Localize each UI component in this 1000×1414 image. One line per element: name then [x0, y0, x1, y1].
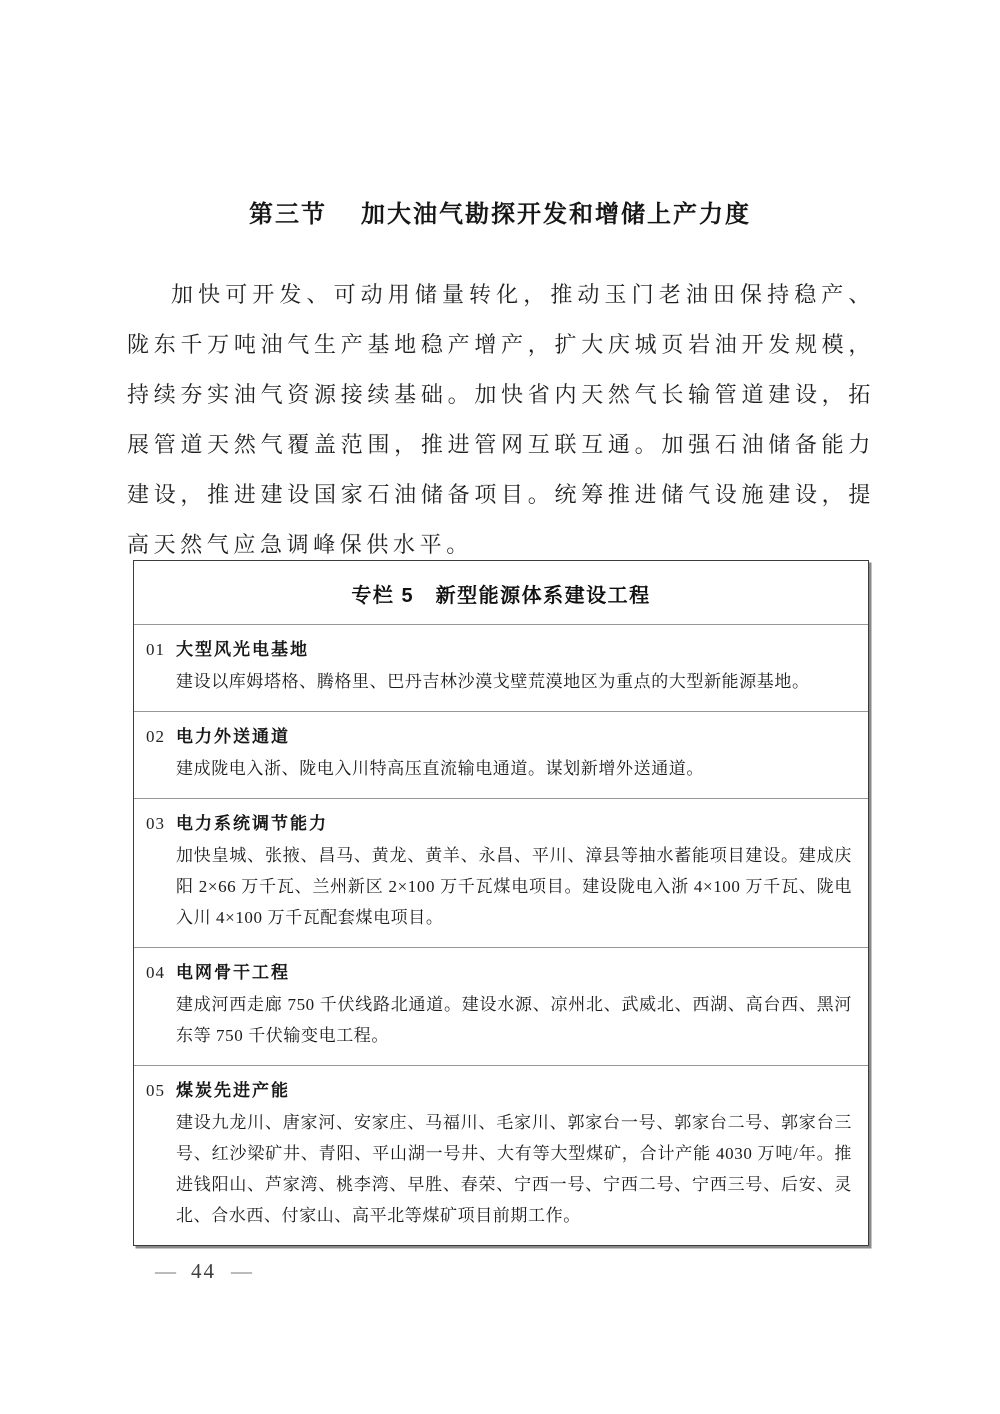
item-title: 电力系统调节能力 — [176, 811, 328, 837]
page-footer: — 44 — — [155, 1256, 252, 1286]
item-head: 04 电网骨干工程 — [146, 960, 852, 986]
item-head: 03 电力系统调节能力 — [146, 811, 852, 837]
item-number: 03 — [146, 811, 176, 837]
item-body: 建设以库姆塔格、腾格里、巴丹吉林沙漠戈壁荒漠地区为重点的大型新能源基地。 — [176, 666, 852, 697]
item-title: 电力外送通道 — [176, 724, 290, 750]
item-head: 02 电力外送通道 — [146, 724, 852, 750]
item-body: 加快皇城、张掖、昌马、黄龙、黄羊、永昌、平川、漳县等抽水蓄能项目建设。建成庆阳 … — [176, 840, 852, 933]
box-item-05: 05 煤炭先进产能 建设九龙川、唐家河、安家庄、马福川、毛家川、郭家台一号、郭家… — [134, 1066, 868, 1245]
item-body: 建设九龙川、唐家河、安家庄、马福川、毛家川、郭家台一号、郭家台二号、郭家台三号、… — [176, 1107, 852, 1231]
column-box-title: 专栏 5 新型能源体系建设工程 — [134, 561, 868, 625]
item-body: 建成河西走廊 750 千伏线路北通道。建设水源、凉州北、武威北、西湖、高台西、黑… — [176, 989, 852, 1051]
body-paragraph: 加快可开发、可动用储量转化，推动玉门老油田保持稳产、陇东千万吨油气生产基地稳产增… — [127, 270, 875, 570]
box-item-03: 03 电力系统调节能力 加快皇城、张掖、昌马、黄龙、黄羊、永昌、平川、漳县等抽水… — [134, 799, 868, 948]
item-title: 大型风光电基地 — [176, 637, 309, 663]
item-number: 02 — [146, 724, 176, 750]
column-5-box: 专栏 5 新型能源体系建设工程 01 大型风光电基地 建设以库姆塔格、腾格里、巴… — [133, 560, 869, 1246]
box-item-01: 01 大型风光电基地 建设以库姆塔格、腾格里、巴丹吉林沙漠戈壁荒漠地区为重点的大… — [134, 625, 868, 712]
item-number: 05 — [146, 1078, 176, 1104]
section-heading: 第三节 加大油气勘探开发和增储上产力度 — [0, 194, 1000, 229]
box-item-04: 04 电网骨干工程 建成河西走廊 750 千伏线路北通道。建设水源、凉州北、武威… — [134, 948, 868, 1066]
item-head: 01 大型风光电基地 — [146, 637, 852, 663]
item-number: 01 — [146, 637, 176, 663]
item-head: 05 煤炭先进产能 — [146, 1078, 852, 1104]
document-page: 第三节 加大油气勘探开发和增储上产力度 加快可开发、可动用储量转化，推动玉门老油… — [0, 0, 1000, 1414]
item-title: 电网骨干工程 — [176, 960, 290, 986]
item-title: 煤炭先进产能 — [176, 1078, 290, 1104]
item-body: 建成陇电入浙、陇电入川特高压直流输电通道。谋划新增外送通道。 — [176, 753, 852, 784]
page-number: 44 — [191, 1256, 216, 1286]
footer-left-dash: — — [155, 1256, 176, 1286]
box-item-02: 02 电力外送通道 建成陇电入浙、陇电入川特高压直流输电通道。谋划新增外送通道。 — [134, 712, 868, 799]
footer-right-dash: — — [231, 1256, 252, 1286]
item-number: 04 — [146, 960, 176, 986]
